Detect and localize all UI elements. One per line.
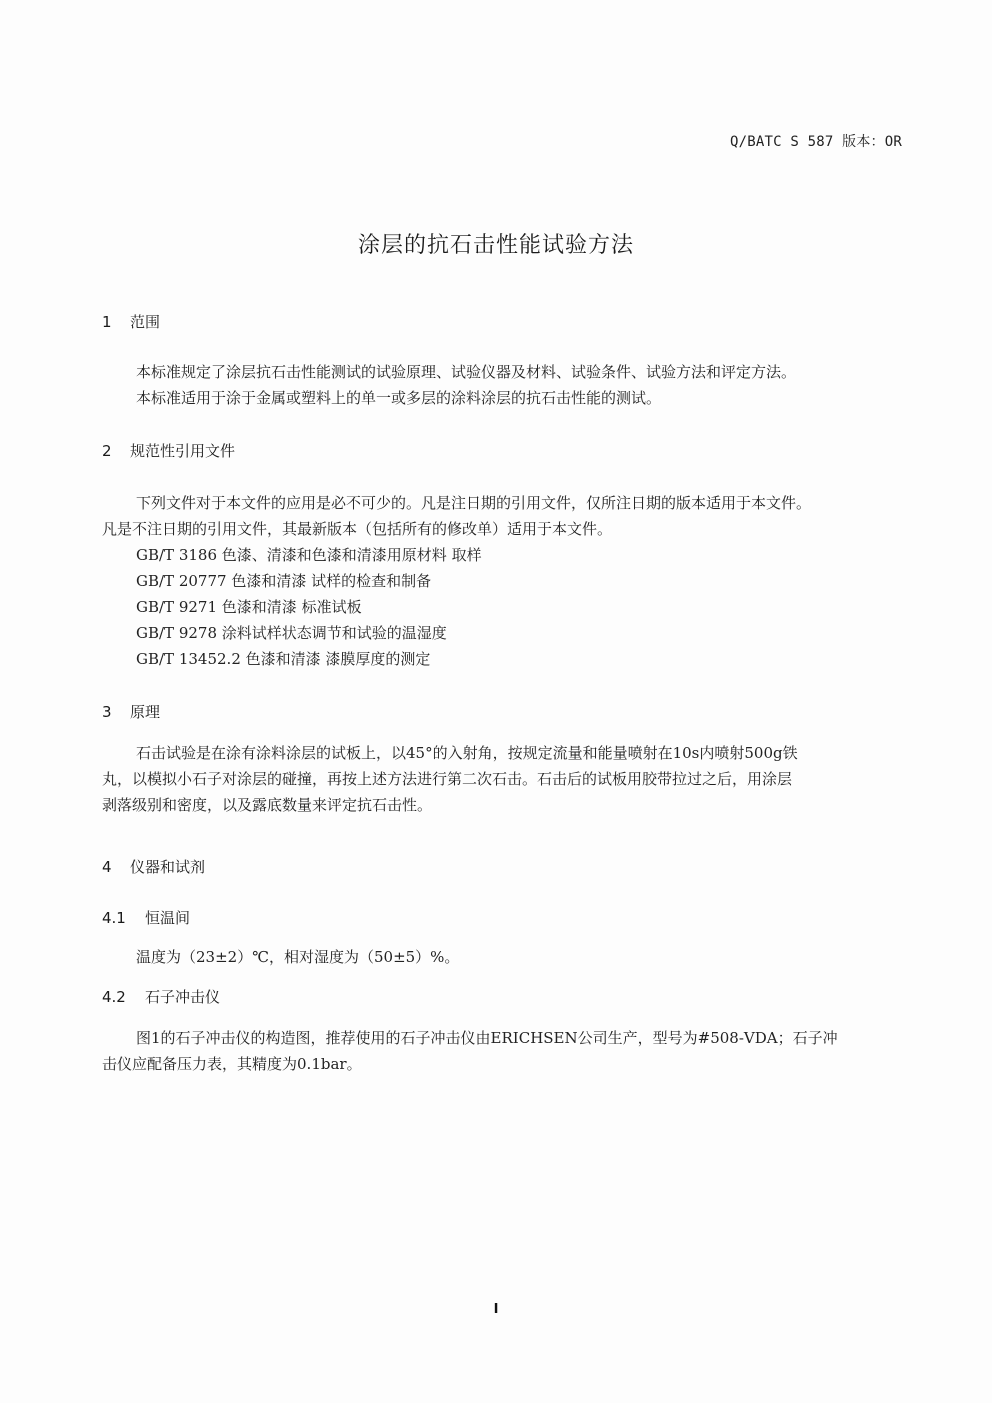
reference-code: GB/T 13452.2 (136, 650, 241, 668)
section-3-body: 石击试验是在涂有涂料涂层的试板上，以45°的入射角，按规定流量和能量喷射在10s… (102, 740, 902, 818)
section-3-heading: 3原理 (102, 701, 160, 722)
reference-item: GB/T 3186 色漆、清漆和色漆和清漆用原材料 取样 (136, 542, 482, 568)
section-2-body: 下列文件对于本文件的应用是必不可少的。凡是注日期的引用文件，仅所注日期的版本适用… (102, 490, 902, 542)
page-number: I (0, 1302, 992, 1317)
reference-code: GB/T 9271 (136, 598, 217, 616)
reference-item: GB/T 9271 色漆和清漆 标准试板 (136, 594, 482, 620)
document-page: Q/BATC S 587 版本：OR 涂层的抗石击性能试验方法 1范围 本标准规… (0, 0, 992, 1403)
paragraph-line: 石击试验是在涂有涂料涂层的试板上，以45°的入射角，按规定流量和能量喷射在10s… (102, 740, 902, 766)
section-2-heading: 2规范性引用文件 (102, 440, 235, 461)
reference-item: GB/T 9278 涂料试样状态调节和试验的温湿度 (136, 620, 482, 646)
section-title: 仪器和试剂 (130, 858, 205, 876)
section-4-2-heading: 4.2石子冲击仪 (102, 986, 220, 1007)
normative-reference-list: GB/T 3186 色漆、清漆和色漆和清漆用原材料 取样 GB/T 20777 … (136, 542, 482, 672)
document-id: Q/BATC S 587 版本：OR (730, 131, 902, 151)
reference-name: 色漆和清漆 漆膜厚度的测定 (246, 650, 431, 668)
paragraph-line: 本标准规定了涂层抗石击性能测试的试验原理、试验仪器及材料、试验条件、试验方法和评… (102, 359, 902, 385)
reference-name: 色漆和清漆 试样的检查和制备 (231, 572, 431, 590)
section-title: 原理 (130, 703, 160, 721)
reference-code: GB/T 20777 (136, 572, 227, 590)
reference-name: 涂料试样状态调节和试验的温湿度 (222, 624, 447, 642)
section-title: 石子冲击仪 (145, 988, 220, 1006)
section-4-1-body: 温度为（23±2）℃，相对湿度为（50±5）%。 (102, 944, 902, 970)
section-1-body: 本标准规定了涂层抗石击性能测试的试验原理、试验仪器及材料、试验条件、试验方法和评… (102, 359, 902, 411)
paragraph-line: 本标准适用于涂于金属或塑料上的单一或多层的涂料涂层的抗石击性能的测试。 (102, 385, 902, 411)
paragraph-line: 丸，以模拟小石子对涂层的碰撞，再按上述方法进行第二次石击。石击后的试板用胶带拉过… (102, 766, 902, 792)
section-number: 4.2 (102, 988, 145, 1006)
section-1-heading: 1范围 (102, 311, 160, 332)
paragraph-line: 图1的石子冲击仪的构造图，推荐使用的石子冲击仪由ERICHSEN公司生产，型号为… (102, 1025, 902, 1051)
section-4-2-body: 图1的石子冲击仪的构造图，推荐使用的石子冲击仪由ERICHSEN公司生产，型号为… (102, 1025, 902, 1077)
section-4-1-heading: 4.1恒温间 (102, 907, 190, 928)
section-title: 范围 (130, 313, 160, 331)
reference-code: GB/T 9278 (136, 624, 217, 642)
section-number: 2 (102, 442, 130, 460)
section-title: 规范性引用文件 (130, 442, 235, 460)
section-number: 4 (102, 858, 130, 876)
paragraph-line: 下列文件对于本文件的应用是必不可少的。凡是注日期的引用文件，仅所注日期的版本适用… (102, 490, 902, 516)
paragraph-line: 凡是不注日期的引用文件，其最新版本（包括所有的修改单）适用于本文件。 (102, 516, 902, 542)
section-number: 3 (102, 703, 130, 721)
paragraph-line: 温度为（23±2）℃，相对湿度为（50±5）%。 (102, 944, 902, 970)
section-title: 恒温间 (145, 909, 190, 927)
paragraph-line: 剥落级别和密度，以及露底数量来评定抗石击性。 (102, 792, 902, 818)
reference-name: 色漆和清漆 标准试板 (222, 598, 362, 616)
document-title: 涂层的抗石击性能试验方法 (0, 228, 992, 259)
reference-item: GB/T 13452.2 色漆和清漆 漆膜厚度的测定 (136, 646, 482, 672)
reference-name: 色漆、清漆和色漆和清漆用原材料 取样 (222, 546, 482, 564)
reference-code: GB/T 3186 (136, 546, 217, 564)
section-4-heading: 4仪器和试剂 (102, 856, 205, 877)
section-number: 4.1 (102, 909, 145, 927)
section-number: 1 (102, 313, 130, 331)
paragraph-line: 击仪应配备压力表，其精度为0.1bar。 (102, 1051, 902, 1077)
reference-item: GB/T 20777 色漆和清漆 试样的检查和制备 (136, 568, 482, 594)
